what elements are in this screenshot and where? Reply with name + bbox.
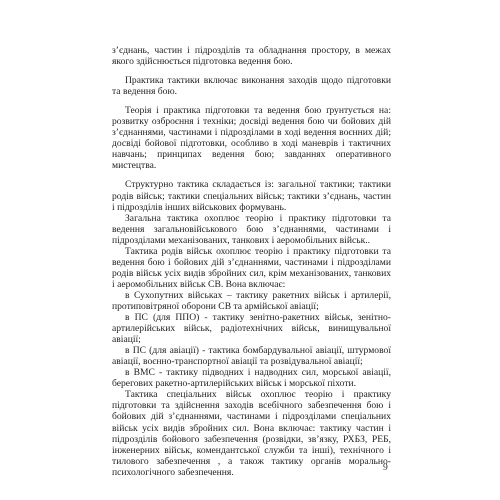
page-number: 9 <box>383 462 388 473</box>
paragraph-theory-and-practice: Теорія і практика підготовки та ведення … <box>112 105 391 171</box>
paragraph-continuation: з’єднань, частин і підрозділів та обладн… <box>112 45 391 67</box>
paragraph-practice-of-tactics: Практика тактики включає виконання заход… <box>112 75 391 97</box>
list-item-air-force-air-defense: в ПС (для ППО) - тактику зенітно-ракетни… <box>112 312 391 345</box>
paragraph-special-troops-tactics: Тактика спеціальних військ охоплює теорі… <box>112 389 391 477</box>
list-item-ground-forces: в Сухопутних військах – тактику ракетних… <box>112 290 391 312</box>
list-item-navy: в ВМС - тактику підводних і надводних си… <box>112 367 391 389</box>
document-page-body: з’єднань, частин і підрозділів та обладн… <box>112 45 391 478</box>
paragraph-branch-tactics: Тактика родів військ охоплює теорію і пр… <box>112 246 391 290</box>
list-item-air-force-aviation: в ПС (для авіації) - тактика бомбардувал… <box>112 345 391 367</box>
paragraph-structure-of-tactics: Структурно тактика складається із: загал… <box>112 179 391 212</box>
paragraph-general-tactics: Загальна тактика охоплює теорію і практи… <box>112 213 391 246</box>
